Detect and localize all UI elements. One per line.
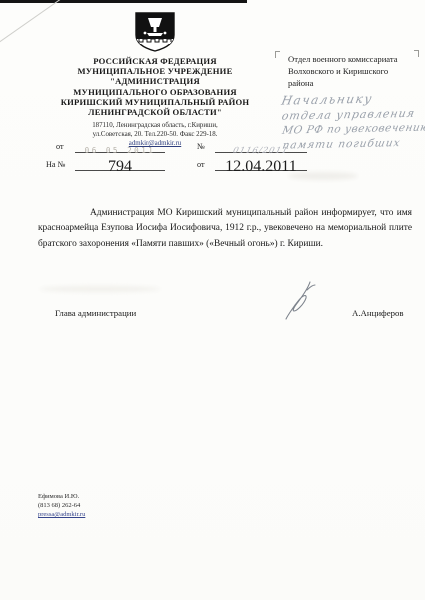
scan-smudge — [288, 172, 358, 180]
handwritten-routing-note: Начальнику отдела управления МО РФ по ув… — [281, 90, 425, 153]
scan-edge-artifact — [0, 0, 247, 3]
scanned-letter-page: РОССИЙСКАЯ ФЕДЕРАЦИЯ МУНИЦИПАЛЬНОЕ УЧРЕЖ… — [0, 0, 425, 600]
letterhead-country: РОССИЙСКАЯ ФЕДЕРАЦИЯ — [30, 56, 280, 66]
letter-body-paragraph: Администрация МО Киришский муниципальный… — [38, 206, 412, 252]
reply-number-line: 794 — [75, 158, 165, 171]
handwritten-note-line4: памяти погибших — [281, 135, 425, 153]
executor-contact-block: Ефимова И.Ю. (813 68) 262-64 pressa@admk… — [38, 492, 85, 519]
letterhead-org-name-line: КИРИШСКИЙ МУНИЦИПАЛЬНЫЙ РАЙОН — [30, 97, 280, 107]
outgoing-number-label: № — [197, 142, 205, 151]
letterhead-org-type: МУНИЦИПАЛЬНОЕ УЧРЕЖДЕНИЕ — [30, 66, 280, 76]
page-corner-fold-line — [0, 0, 69, 44]
reply-from-label: от — [197, 160, 205, 169]
executor-phone: (813 68) 262-64 — [38, 501, 85, 510]
executor-email: pressa@admkir.ru — [38, 510, 85, 519]
scan-smudge — [40, 286, 160, 292]
recipient-line3: района — [288, 77, 420, 89]
reply-to-label: На № — [46, 160, 65, 169]
recipient-line1: Отдел военного комиссариата — [288, 53, 420, 65]
outgoing-date-line: 06 05 2011 — [75, 140, 165, 153]
signature-title: Глава администрации — [55, 308, 136, 318]
recipient-block: Отдел военного комиссариата Волховского … — [288, 53, 420, 89]
reply-number-value: 794 — [108, 158, 132, 175]
signature-name: А.Анциферов — [352, 308, 404, 318]
outgoing-date-stamp: 06 05 2011 — [85, 146, 156, 155]
recipient-line2: Волховского и Киришского — [288, 65, 420, 77]
letterhead-address-line1: 187110, Ленинградская область, г.Кириши, — [30, 122, 280, 131]
letterhead-org-name-line: МУНИЦИПАЛЬНОГО ОБРАЗОВАНИЯ — [30, 87, 280, 97]
letterhead-address-line2: ул.Советская, 20. Тел.220-50. Факс 229-1… — [30, 131, 280, 140]
reply-date-value: 12.04.2011 — [225, 158, 296, 175]
letterhead-block: РОССИЙСКАЯ ФЕДЕРАЦИЯ МУНИЦИПАЛЬНОЕ УЧРЕЖ… — [30, 56, 280, 149]
kirishi-coat-of-arms-icon — [133, 11, 177, 53]
letterhead-org-name-line: ЛЕНИНГРАДСКОЙ ОБЛАСТИ" — [30, 107, 280, 117]
address-window-corner-mark — [275, 51, 280, 58]
letterhead-org-name-line: "АДМИНИСТРАЦИЯ — [30, 76, 280, 86]
outgoing-from-label: от — [56, 142, 64, 151]
executor-name: Ефимова И.Ю. — [38, 492, 85, 501]
handwritten-signature — [282, 278, 318, 322]
reply-date-line: 12.04.2011 — [215, 158, 307, 171]
